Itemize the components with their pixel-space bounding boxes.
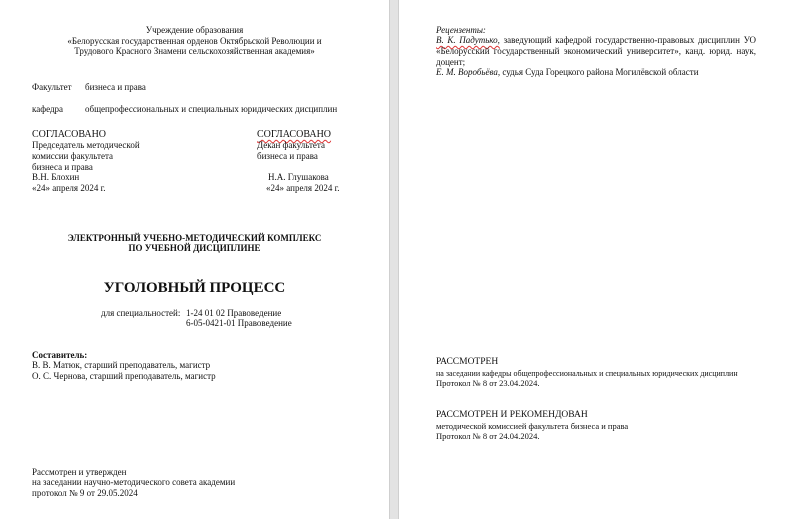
reviewer-1-name: В. К. Падутько, bbox=[436, 35, 500, 45]
specialty-item: 6-05-0421-01 Правоведение bbox=[186, 318, 292, 329]
department-value: общепрофессиональных и специальных юриди… bbox=[85, 104, 337, 115]
recommended-heading: РАССМОТРЕН И РЕКОМЕНДОВАН bbox=[436, 410, 588, 421]
institution-line-1: Учреждение образования bbox=[0, 25, 389, 36]
approved-line-2: на заседании научно-методического совета… bbox=[32, 477, 235, 488]
reviewed-heading: РАССМОТРЕН bbox=[436, 357, 498, 368]
compiler-item: О. С. Чернова, старший преподаватель, ма… bbox=[32, 371, 216, 382]
compiler-item: В. В. Матюк, старший преподаватель, маги… bbox=[32, 360, 210, 371]
specialties-label: для специальностей: bbox=[101, 308, 180, 319]
discipline-title: УГОЛОВНЫЙ ПРОЦЕСС bbox=[0, 279, 389, 297]
reviewer-2: Е. М. Воробьёва, судья Суда Горецкого ра… bbox=[436, 67, 699, 78]
approved-line-3: протокол № 9 от 29.05.2024 bbox=[32, 488, 138, 499]
approval-left-heading: СОГЛАСОВАНО bbox=[32, 129, 106, 140]
approval-left-signatory: В.Н. Блохин bbox=[32, 172, 79, 183]
reviewer-1: В. К. Падутько, заведующий кафедрой госу… bbox=[436, 35, 756, 68]
recommended-line-2: Протокол № 8 от 24.04.2024. bbox=[436, 431, 540, 442]
faculty-value: бизнеса и права bbox=[85, 82, 146, 93]
document-page-left: Учреждение образования «Белорусская госу… bbox=[0, 0, 389, 519]
reviewer-2-name: Е. М. Воробьёва, bbox=[436, 67, 500, 77]
approval-left-date: «24» апреля 2024 г. bbox=[32, 183, 106, 194]
approval-right-line: Декан факультета bbox=[257, 140, 325, 151]
approval-right-heading: СОГЛАСОВАНО bbox=[257, 129, 331, 140]
page-gutter bbox=[389, 0, 399, 519]
complex-title-line-2: ПО УЧЕБНОЙ ДИСЦИПЛИНЕ bbox=[0, 243, 389, 254]
department-label: кафедра bbox=[32, 104, 63, 115]
institution-line-3: Трудового Красного Знамени сельскохозяйс… bbox=[0, 46, 389, 57]
approval-left-line: Председатель методической bbox=[32, 140, 140, 151]
reviewer-2-desc: судья Суда Горецкого района Могилёвской … bbox=[502, 67, 698, 77]
document-page-right: Рецензенты: В. К. Падутько, заведующий к… bbox=[399, 0, 786, 519]
approval-right-line: бизнеса и права bbox=[257, 151, 318, 162]
reviewed-line-2: Протокол № 8 от 23.04.2024. bbox=[436, 378, 540, 389]
approval-right-date: «24» апреля 2024 г. bbox=[266, 183, 340, 194]
approval-right-signatory: Н.А. Глушакова bbox=[268, 172, 329, 183]
faculty-label: Факультет bbox=[32, 82, 72, 93]
approval-left-line: комиссии факультета bbox=[32, 151, 113, 162]
